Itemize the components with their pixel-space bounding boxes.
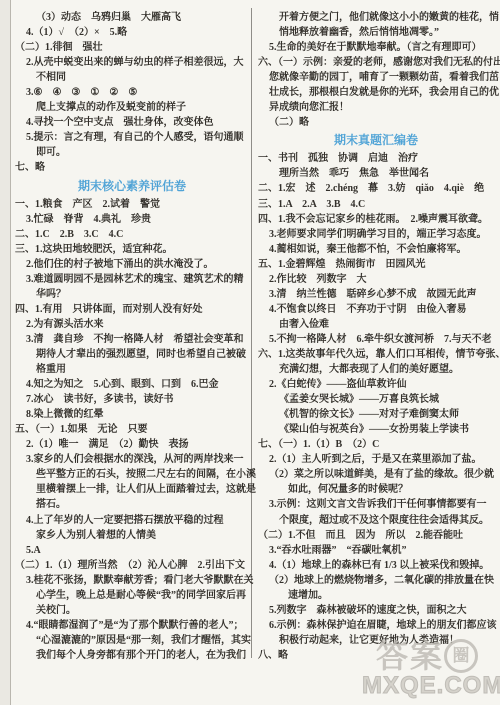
answer-line: 5.列数字 森林被破坏的速度之快，面积之大 — [258, 603, 494, 618]
watermark-site-text: MXQE.COM — [362, 673, 492, 699]
answer-line: 格重用 — [15, 362, 249, 377]
answer-line: 2.《白蛇传》——盗仙草救许仙 — [258, 377, 494, 392]
answer-line: 我们每个人身旁都有那个开门的老人，在为我们 — [15, 648, 249, 663]
answer-line: 3.桂花不张扬，默默奉献芳香；看门老大爷默默在关 — [15, 573, 249, 588]
section-header: 期末核心素养评估卷 — [15, 176, 249, 197]
answer-line: （2）菜之所以味道鲜美，是有了盐的缘故。很少就 — [258, 467, 494, 482]
answer-line: 里横着摆上一排，让人们从上面踏着过去，这就是 — [15, 482, 249, 497]
answer-line: 3.“吞水吐雨器” “吞碳吐氧机” — [258, 543, 494, 558]
answer-line: 3.老师要求同学们明确学习目的，端正学习态度。 — [258, 227, 494, 242]
answer-line: 搭石。 — [15, 497, 249, 512]
answer-line: 5.生命的美好在于默默地奉献。（言之有理即可） — [258, 40, 494, 55]
answer-line: 5.不拘一格降人材 6.牵牛织女渡河桥 7.与天不老 — [258, 332, 494, 347]
answer-line: 8.染上微微的红晕 — [15, 407, 249, 422]
answer-line: 2.为有源头活水来 — [15, 317, 249, 332]
answer-line: 4.（1）地球上的森林已有 1/3 以上被采伐和毁掉。 — [258, 558, 494, 573]
answer-line: 二、1.宏 述 2.chéng 幕 3.妨 qiǎo 4.qiè 绝 — [258, 181, 494, 196]
answer-line: 2.从壳中蜕变出来的蝉与幼虫的样子相差很远，大 — [15, 55, 249, 70]
answer-line: 家乡人为别人着想的人情美 — [15, 528, 249, 543]
answer-line: 华吗？ — [15, 287, 249, 302]
answer-line: 七、略 — [15, 160, 249, 175]
answer-line: 个限度，超过或不及这个限度往往会适得其反。 — [258, 513, 494, 528]
answer-line: 四、1.我不会忘记家乡的桂花雨。 2.噪声震耳欲聋。 — [258, 212, 494, 227]
answer-line: 4.“眼睛都湿润了”是“为了那个默默行善的老人”； — [15, 618, 249, 633]
answer-line: 2.（1）主人听到之后，于是又在菜里添加了盐。 — [258, 452, 494, 467]
answer-line: 您就像辛勤的园丁，哺育了一颗颗幼苗，看着我们茁 — [258, 70, 494, 85]
answer-line: 5.提示：言之有理，有自己的个人感受，语句通顺 — [15, 130, 249, 145]
answer-line: 4.寻找一个空中支点 强壮身体，改变体色 — [15, 115, 249, 130]
answer-line: 壮成长，那根根白发就是你的光环，我会用自己的优 — [258, 85, 494, 100]
answer-line: 3.忙碌 脊背 4.典礼 珍贵 — [15, 212, 249, 227]
answer-line: 积极行动起来，让它更好地为人类造福！ — [258, 633, 494, 648]
answer-line: 四、1.有用 只讲体面，而对别人没有好处 — [15, 302, 249, 317]
answer-line: 3.难道圆明园不是园林艺术的瑰宝、建筑艺术的精 — [15, 272, 249, 287]
answer-line: 6.示例：森林保护迫在眉睫，地球上的朋友们都应该 — [258, 618, 494, 633]
answer-line: （二）1.（1）理所当然 （2）沁人心脾 2.引出下文 — [15, 558, 249, 573]
answer-line: 五、1.金碧辉煌 热闹街市 田园风光 — [258, 257, 494, 272]
answer-line: 爬上支撑点的动作及蜕变前的样子 — [15, 100, 249, 115]
answer-line: 3.示例：这则文言文告诉我们干任何事情都要有一 — [258, 497, 494, 512]
answer-line: 2.作比较 列数字 大 — [258, 272, 494, 287]
column-divider — [251, 8, 252, 658]
answer-column-left: （3）动态 乌鸦归巢 大雁高飞4.（1）√ （2）× 5.略（二）1.徘徊 强壮… — [15, 10, 249, 663]
answer-line: 一、书刊 孤独 协调 启迪 治疗 — [258, 151, 494, 166]
answer-line: （二）1.不但 而且 因为 所以 2.能吞能吐 — [258, 528, 494, 543]
answer-line: 4.（1）√ （2）× 5.略 — [15, 25, 249, 40]
answer-line: 七、（一）1.（1）B （2）C — [258, 437, 494, 452]
answer-line: 二、1.C 2.B 3.C 4.C — [15, 227, 249, 242]
answer-line: 4.上了年岁的人一定要把搭石摆放平稳的过程 — [15, 513, 249, 528]
answer-line: 理所当然 乖巧 焦急 举世闻名 — [258, 166, 494, 181]
answer-line: 2.他们住的村子被地下涌出的洪水淹没了。 — [15, 257, 249, 272]
answer-line: 八、略 — [258, 648, 494, 663]
answer-line: 3.家乡的人们会根据水的深浅，从河的两岸找来一 — [15, 452, 249, 467]
answer-line: 4.知之为知之 5.心到、眼到、口到 6.巴金 — [15, 377, 249, 392]
answer-line: “心湿漉漉的”原因是“那一刻，我们才醒悟，其实 — [15, 633, 249, 648]
answer-line: 4.不饱食以终日 不弃功于寸阴 由俭入奢易 — [258, 302, 494, 317]
answer-line: （2）地球上的燃烧物增多，二氧化碳的排放量在快 — [258, 573, 494, 588]
answer-line: 5.A — [15, 543, 249, 558]
answer-line: （二）1.徘徊 强壮 — [15, 40, 249, 55]
answer-line: （二）略 — [258, 115, 494, 130]
answer-line: （3）动态 乌鸦归巢 大雁高飞 — [15, 10, 249, 25]
answer-column-right: 开着方便之门，他们就像这小小的嫩黄的桂花，悄悄地释放着幽香，然后悄悄地凋零。”5… — [258, 10, 494, 663]
page-spine-shade — [0, 0, 10, 705]
answer-line: 三、1.这块田地较肥沃，适宜种花。 — [15, 242, 249, 257]
answer-line: 关校门。 — [15, 603, 249, 618]
answer-line: 异成绩向您汇报！ — [258, 100, 494, 115]
answer-line: 《机智的徐文长》——对对子难倒窦太师 — [258, 407, 494, 422]
answer-line: 悄地释放着幽香，然后悄悄地凋零。” — [258, 25, 494, 40]
answer-line: 速增加。 — [258, 588, 494, 603]
answer-line: 期待人才辈出的强烈愿望，同时也希望自己被破 — [15, 347, 249, 362]
answer-line: 五、（一）1.如果 无论 只要 — [15, 422, 249, 437]
answer-line: 3.⑥ ④ ③ ① ② ⑤ — [15, 85, 249, 100]
answer-line: 一、1.粮食 产区 2.试着 警觉 — [15, 197, 249, 212]
answer-line: 3.清 龚自珍 不拘一格降人材 希望社会变革和 — [15, 332, 249, 347]
answer-line: 心学生，晚上总是耐心等候“我”的同学回家后再 — [15, 588, 249, 603]
page-spine-line — [10, 0, 11, 705]
answer-line: 六、1.这类故事年代久远，靠人们口耳相传，情节夸张、 — [258, 347, 494, 362]
answer-line: 如此，何况量多的时候呢？ — [258, 482, 494, 497]
answer-line: 由奢入俭难 — [258, 317, 494, 332]
section-header: 期末真题汇编卷 — [258, 130, 494, 151]
answer-line: 三、1.A 2.A 3.B 4.C — [258, 197, 494, 212]
answer-line: 不相同 — [15, 70, 249, 85]
answer-key-page: { "watermark": { "logo_char_1": "答", "lo… — [0, 0, 500, 705]
answer-line: 4.蔺相如说，秦王他都不怕，不会怕廉将军。 — [258, 242, 494, 257]
answer-line: 充满幻想，大都表现了人们的美好愿望。 — [258, 362, 494, 377]
answer-line: 即可。 — [15, 145, 249, 160]
answer-line: 7.冰心 读书好，多读书，读好书 — [15, 392, 249, 407]
answer-line: 2.（1）唯一 满足 （2）勤快 表扬 — [15, 437, 249, 452]
answer-line: 开着方便之门，他们就像这小小的嫩黄的桂花，悄 — [258, 10, 494, 25]
answer-line: 《梁山伯与祝英台》——女扮男装上学读书 — [258, 422, 494, 437]
answer-line: 《孟姜女哭长城》——万喜良筑长城 — [258, 392, 494, 407]
answer-line: 些平整方正的石头，按照二尺左右的间隔，在小溪 — [15, 467, 249, 482]
answer-line: 六、（一）示例：亲爱的老师，感谢您对我们无私的付出， — [258, 55, 494, 70]
answer-line: 3.清 纳兰性德 聒碎乡心梦不成 故园无此声 — [258, 287, 494, 302]
